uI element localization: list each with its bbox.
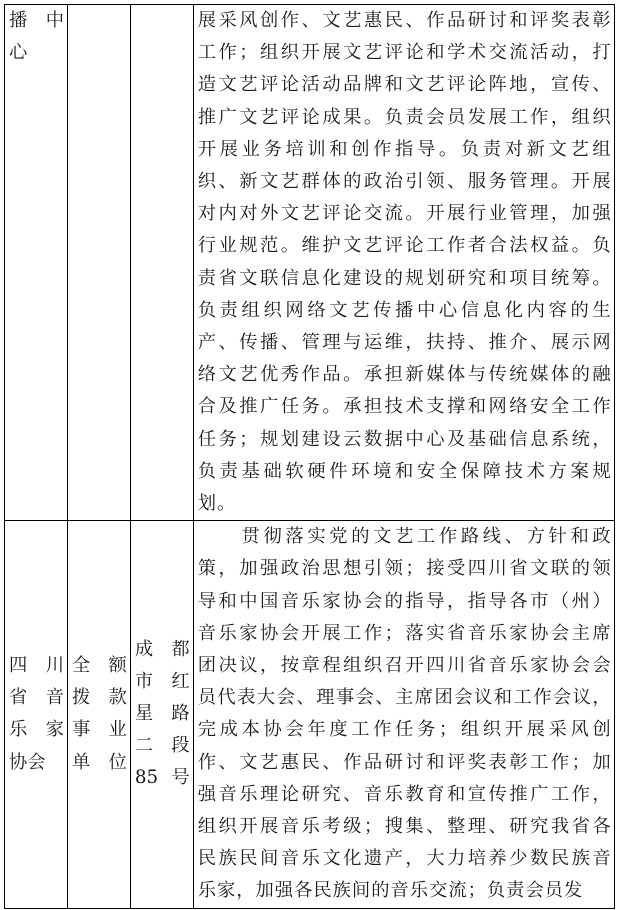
description-line: 对内对外文艺评论交流。开展行业管理，加强 [198, 198, 612, 230]
description-cell: 贯彻落实党的文艺工作路线、方针和政策，加强政治思想引领；接受四川省文联的领导和中… [193, 521, 614, 908]
address-cell [130, 5, 193, 521]
address-line: 市 红 [135, 666, 190, 698]
description-line: 责省文联信息化建设的规划研究和项目统筹。 [198, 263, 612, 295]
description-line: 导和中国音乐家协会的指导，指导各市（州） [198, 586, 612, 618]
funding-type-line: 单 位 [72, 747, 127, 779]
address-line: 成 都 [135, 634, 190, 666]
description-line: 贯彻落实党的文艺工作路线、方针和政 [198, 521, 612, 553]
table-row-continued: 播 中心 展采风创作、文艺惠民、作品研讨和评奖表彰工作；组织开展文艺评论和学术交… [5, 5, 615, 521]
description-line: 团决议，按章程组织召开四川省音乐家协会会 [198, 650, 612, 682]
description-line: 音乐家协会开展工作；落实省音乐家协会主席 [198, 618, 612, 650]
description-line: 任务；规划建设云数据中心及基础信息系统， [198, 424, 612, 456]
address-line: 85 号 [135, 762, 190, 794]
address-cell: 成 都市 红星 路二 段85 号 [130, 521, 193, 908]
funding-type-line: 事 业 [72, 714, 127, 746]
description-line: 完成本协会年度工作任务；组织开展采风创 [198, 714, 612, 746]
unit-address: 成 都市 红星 路二 段85 号 [131, 634, 193, 794]
description-line: 划。 [198, 488, 612, 520]
institution-table: 播 中心 展采风创作、文艺惠民、作品研讨和评奖表彰工作；组织开展文艺评论和学术交… [4, 4, 615, 909]
unit-name-cell: 播 中心 [5, 5, 68, 521]
unit-name-line: 省 音 [9, 682, 64, 714]
unit-name-line: 播 中 [9, 5, 64, 37]
table-row-music-association: 四 川省 音乐 家协会 全 额拨 款事 业单 位 成 都市 红星 路二 段85 … [5, 521, 615, 908]
unit-description: 贯彻落实党的文艺工作路线、方针和政策，加强政治思想引领；接受四川省文联的领导和中… [194, 521, 614, 907]
description-line: 乐家，加强各民族间的音乐交流；负责会员发 [198, 875, 612, 907]
description-line: 工作；组织开展文艺评论和学术交流活动，打 [198, 37, 612, 69]
unit-name-line: 乐 家 [9, 714, 64, 746]
description-line: 展采风创作、文艺惠民、作品研讨和评奖表彰 [198, 5, 612, 37]
description-line: 员代表大会、理事会、主席团会议和工作会议， [198, 682, 612, 714]
description-line: 行业规范。维护文艺评论工作者合法权益。负 [198, 230, 612, 262]
unit-name-line: 协会 [9, 747, 64, 779]
funding-type-cell [68, 5, 131, 521]
unit-name-cell: 四 川省 音乐 家协会 [5, 521, 68, 908]
description-line: 合及推广任务。承担技术支撑和网络安全工作 [198, 391, 612, 423]
description-line: 开展业务培训和创作指导。负责对新文艺组 [198, 134, 612, 166]
unit-name-line: 心 [9, 37, 64, 69]
description-line: 策，加强政治思想引领；接受四川省文联的领 [198, 553, 612, 585]
funding-type-cell: 全 额拨 款事 业单 位 [68, 521, 131, 908]
funding-type-line: 全 额 [72, 650, 127, 682]
description-line: 民族民间音乐文化遗产，大力培养少数民族音 [198, 843, 612, 875]
unit-description: 展采风创作、文艺惠民、作品研讨和评奖表彰工作；组织开展文艺评论和学术交流活动，打… [194, 5, 614, 520]
unit-name: 播 中心 [5, 5, 67, 69]
funding-type-line: 拨 款 [72, 682, 127, 714]
address-line: 二 段 [135, 730, 190, 762]
description-line: 造文艺评论活动品牌和文艺评论阵地，宣传、 [198, 69, 612, 101]
description-cell: 展采风创作、文艺惠民、作品研讨和评奖表彰工作；组织开展文艺评论和学术交流活动，打… [193, 5, 614, 521]
address-line: 星 路 [135, 698, 190, 730]
funding-type: 全 额拨 款事 业单 位 [68, 650, 130, 779]
description-line: 织、新文艺群体的政治引领、服务管理。开展 [198, 166, 612, 198]
unit-name-line: 四 川 [9, 650, 64, 682]
description-line: 产、传播、管理与运维，扶持、推介、展示网 [198, 327, 612, 359]
description-line: 作、文艺惠民、作品研讨和评奖表彰工作；加 [198, 747, 612, 779]
description-line: 络文艺优秀作品。承担新媒体与传统媒体的融 [198, 359, 612, 391]
description-line: 组织开展音乐考级；搜集、整理、研究我省各 [198, 811, 612, 843]
unit-name: 四 川省 音乐 家协会 [5, 650, 67, 779]
description-line: 负责基础软硬件环境和安全保障技术方案规 [198, 456, 612, 488]
description-line: 强音乐理论研究、音乐教育和宣传推广工作， [198, 779, 612, 811]
description-line: 负责组织网络文艺传播中心信息化内容的生 [198, 295, 612, 327]
description-line: 推广文艺评论成果。负责会员发展工作，组织 [198, 102, 612, 134]
